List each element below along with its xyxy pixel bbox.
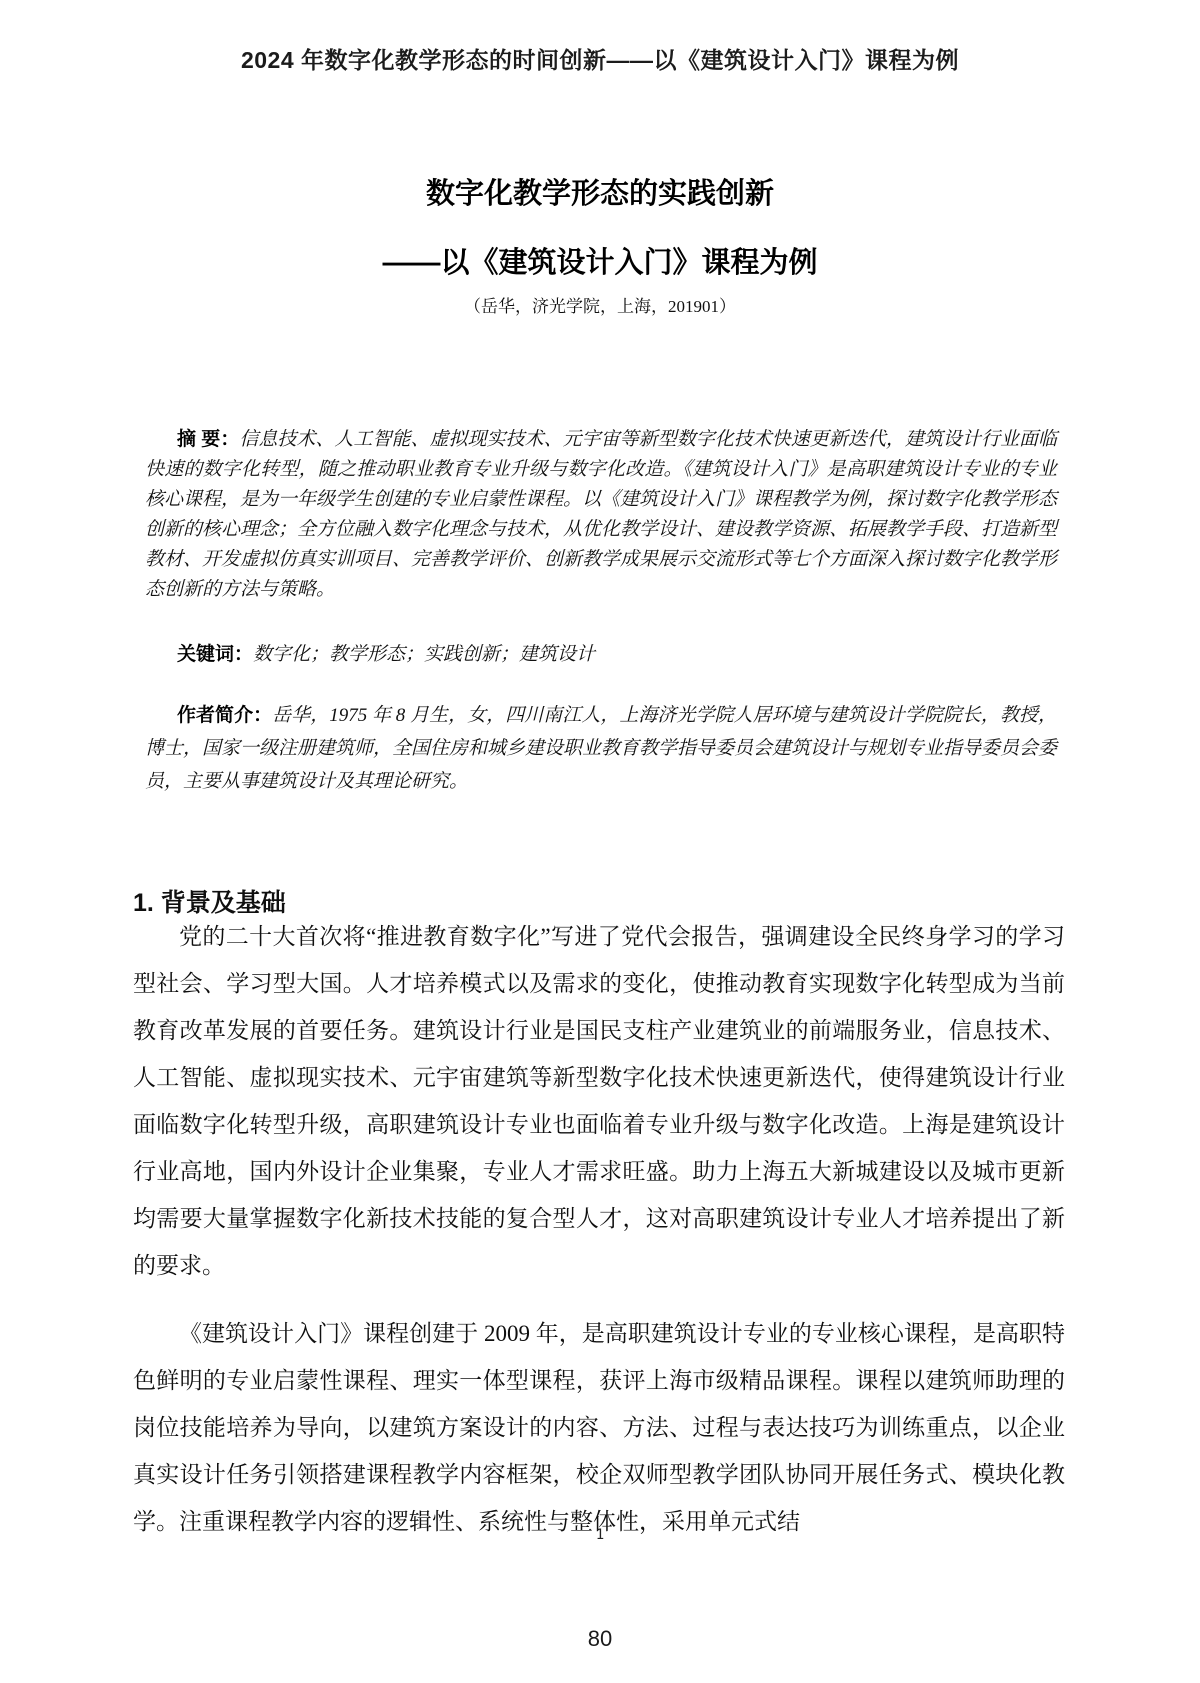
body-text: 党的二十大首次将“推进教育数字化”写进了党代会报告，强调建设全民终身学习的学习型… xyxy=(133,913,1065,1545)
abstract-label: 摘 要： xyxy=(177,429,239,450)
paper-page: 2024 年数字化教学形态的时间创新——以《建筑设计入门》课程为例 数字化教学形… xyxy=(0,0,1200,1683)
body-paragraph-2: 《建筑设计入门》课程创建于 2009 年，是高职建筑设计专业的专业核心课程，是高… xyxy=(133,1310,1065,1545)
paper-subtitle: ——以《建筑设计入门》课程为例 xyxy=(0,240,1200,281)
author-affiliation-line: （岳华，济光学院，上海，201901） xyxy=(0,292,1200,317)
body-paragraph-1: 党的二十大首次将“推进教育数字化”写进了党代会报告，强调建设全民终身学习的学习型… xyxy=(133,913,1065,1289)
keywords-label: 关键词： xyxy=(177,644,253,665)
author-bio-paragraph: 作者简介：岳华，1975 年 8 月生，女，四川南江人，上海济光学院人居环境与建… xyxy=(145,699,1057,798)
keywords-text: 数字化；教学形态；实践创新；建筑设计 xyxy=(253,644,595,665)
footnote-page-number: 1 xyxy=(0,1527,1200,1543)
page-number: 80 xyxy=(0,1626,1200,1652)
abstract-paragraph: 摘 要：信息技术、人工智能、虚拟现实技术、元宇宙等新型数字化技术快速更新迭代，建… xyxy=(145,425,1057,605)
paper-title: 数字化教学形态的实践创新 xyxy=(0,171,1200,212)
abstract-text: 信息技术、人工智能、虚拟现实技术、元宇宙等新型数字化技术快速更新迭代，建筑设计行… xyxy=(145,429,1057,600)
author-bio-text: 岳华，1975 年 8 月生，女，四川南江人，上海济光学院人居环境与建筑设计学院… xyxy=(145,705,1057,792)
keywords-line: 关键词：数字化；教学形态；实践创新；建筑设计 xyxy=(145,641,1057,669)
author-bio-label: 作者简介： xyxy=(177,705,272,726)
running-header: 2024 年数字化教学形态的时间创新——以《建筑设计入门》课程为例 xyxy=(0,42,1200,75)
